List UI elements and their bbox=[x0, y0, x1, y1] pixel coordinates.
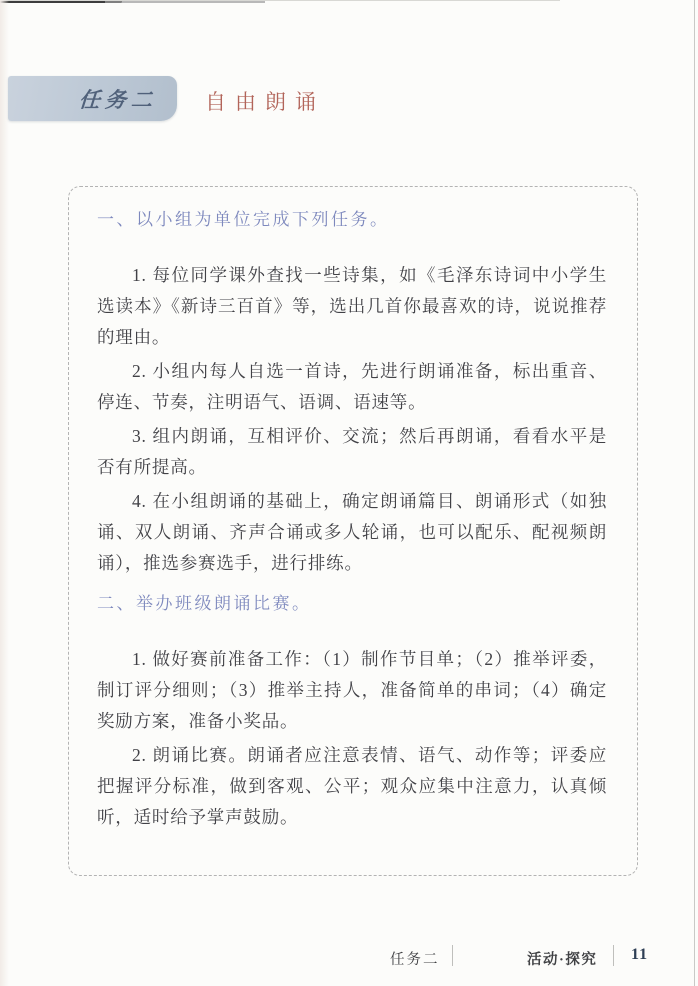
footer-divider-2 bbox=[613, 945, 614, 966]
section-2-item-2: 2. 朗诵比赛。朗诵者应注意表情、语气、动作等；评委应把握评分标准，做到客观、公… bbox=[97, 740, 607, 833]
section-1-item-4: 4. 在小组朗诵的基础上，确定朗诵篇目、朗诵形式（如独诵、双人朗诵、齐声合诵或多… bbox=[97, 486, 607, 579]
scan-artifact-left-shade bbox=[0, 0, 9, 986]
page-title: 自由朗诵 bbox=[205, 86, 325, 116]
section-2-heading: 二、举办班级朗诵比赛。 bbox=[97, 591, 607, 617]
scan-artifact-page-edge bbox=[694, 0, 695, 986]
footer-divider-1 bbox=[452, 945, 453, 966]
section-2-item-1: 1. 做好赛前准备工作：（1）制作节目单；（2）推举评委，制订评分细则；（3）推… bbox=[97, 644, 607, 737]
section-1-item-3: 3. 组内朗诵，互相评价、交流；然后再朗诵，看看水平是否有所提高。 bbox=[97, 421, 607, 483]
scan-artifact-top-line-faint bbox=[105, 1, 265, 3]
section-1-heading: 一、以小组为单位完成下列任务。 bbox=[97, 207, 607, 233]
task-badge-label: 任务二 bbox=[78, 84, 158, 114]
scan-artifact-top-hairline bbox=[0, 0, 560, 1]
footer-page-number: 11 bbox=[631, 946, 648, 964]
section-1-item-1: 1. 每位同学课外查找一些诗集，如《毛泽东诗词中小学生选读本》《新诗三百首》等，… bbox=[97, 260, 607, 353]
task-badge: 任务二 bbox=[8, 76, 177, 121]
footer-section-label: 任务二 bbox=[390, 948, 440, 969]
task-box: 一、以小组为单位完成下列任务。 1. 每位同学课外查找一些诗集，如《毛泽东诗词中… bbox=[68, 186, 638, 876]
footer-unit-label: 活动·探究 bbox=[527, 948, 597, 969]
section-1-item-2: 2. 小组内每人自选一首诗，先进行朗诵准备，标出重音、停连、节奏，注明语气、语调… bbox=[97, 356, 607, 418]
